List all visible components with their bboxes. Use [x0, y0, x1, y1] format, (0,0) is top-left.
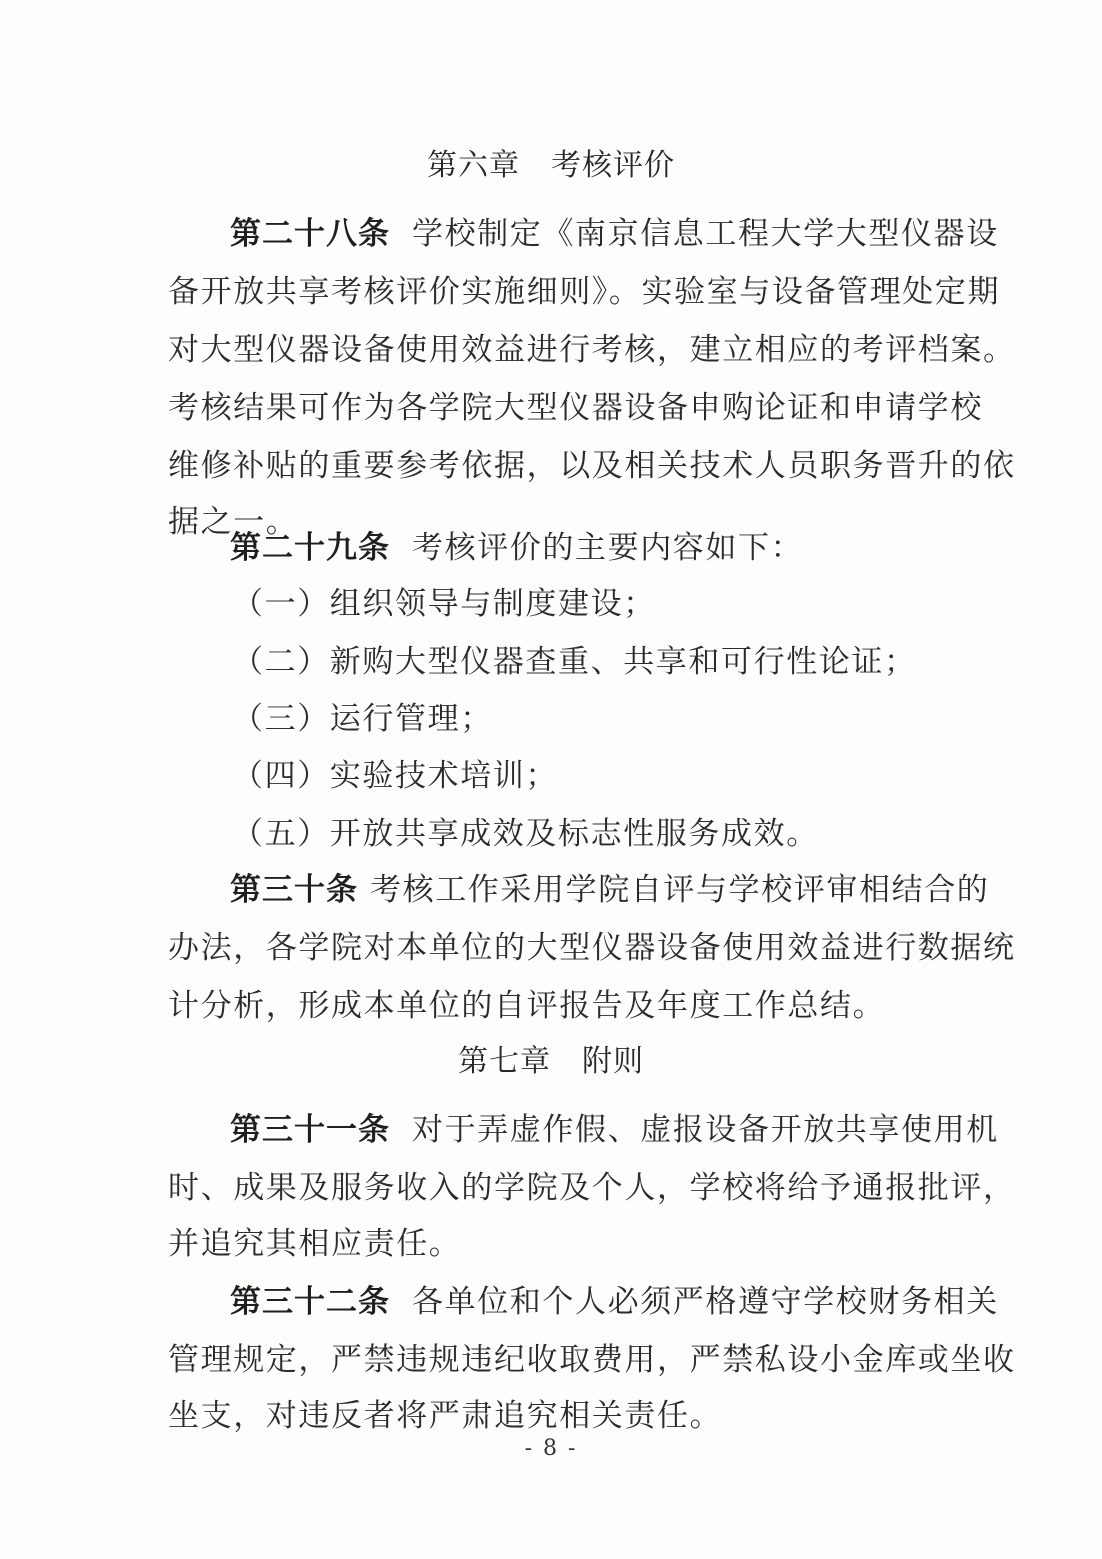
article-29-intro-line: 第二十九条考核评价的主要内容如下： — [230, 528, 938, 568]
article-29-label: 第二十九条 — [230, 530, 390, 566]
article-30-line-2: 办法，各学院对本单位的大型仪器设备使用效益进行数据统 — [168, 928, 938, 968]
article-30-label: 第三十条 — [230, 872, 358, 908]
chapter-7-heading: 第七章 附则 — [0, 1042, 1102, 1082]
article-30-text: 考核工作采用学院自评与学校评审相结合的 — [370, 872, 989, 908]
article-31-label: 第三十一条 — [230, 1112, 390, 1148]
article-32-line-2: 管理规定，严禁违规违纪收取费用，严禁私设小金库或坐收 — [168, 1340, 938, 1380]
article-28-text: 学校制定《南京信息工程大学大型仪器设 — [412, 216, 999, 252]
page-number: - 8 - — [0, 1436, 1102, 1461]
chapter-6-heading: 第六章 考核评价 — [0, 146, 1102, 186]
article-32-text: 各单位和个人必须严格遵守学校财务相关 — [412, 1284, 999, 1320]
article-31-line-3: 并追究其相应责任。 — [168, 1224, 938, 1264]
article-30-line-1: 第三十条考核工作采用学院自评与学校评审相结合的 — [230, 870, 938, 910]
article-29-item-1: （一）组织领导与制度建设； — [232, 584, 1002, 624]
article-28-line-3: 对大型仪器设备使用效益进行考核，建立相应的考评档案。 — [168, 330, 938, 370]
document-page: 第六章 考核评价 第二十八条学校制定《南京信息工程大学大型仪器设 备开放共享考核… — [0, 0, 1102, 1559]
article-28-line-2: 备开放共享考核评价实施细则》。实验室与设备管理处定期 — [168, 272, 938, 312]
article-28-line-4: 考核结果可作为各学院大型仪器设备申购论证和申请学校 — [168, 388, 938, 428]
article-31-line-1: 第三十一条对于弄虚作假、虚报设备开放共享使用机 — [230, 1110, 938, 1150]
article-29-item-2: （二）新购大型仪器查重、共享和可行性论证； — [232, 642, 1002, 682]
article-32-line-1: 第三十二条各单位和个人必须严格遵守学校财务相关 — [230, 1282, 938, 1322]
article-30-line-3: 计分析，形成本单位的自评报告及年度工作总结。 — [168, 986, 938, 1026]
article-28-label: 第二十八条 — [230, 216, 390, 252]
article-28-line-5: 维修补贴的重要参考依据，以及相关技术人员职务晋升的依 — [168, 446, 938, 486]
article-29-item-3: （三）运行管理； — [232, 699, 1002, 739]
article-32-label: 第三十二条 — [230, 1284, 390, 1320]
article-29-item-5: （五）开放共享成效及标志性服务成效。 — [232, 814, 1002, 854]
article-31-line-2: 时、成果及服务收入的学院及个人，学校将给予通报批评， — [168, 1168, 938, 1208]
article-29-intro: 考核评价的主要内容如下： — [412, 530, 803, 566]
article-28-line-1: 第二十八条学校制定《南京信息工程大学大型仪器设 — [230, 214, 938, 254]
article-31-text: 对于弄虚作假、虚报设备开放共享使用机 — [412, 1112, 999, 1148]
article-29-item-4: （四）实验技术培训； — [232, 756, 1002, 796]
article-32-line-3: 坐支，对违反者将严肃追究相关责任。 — [168, 1396, 938, 1436]
